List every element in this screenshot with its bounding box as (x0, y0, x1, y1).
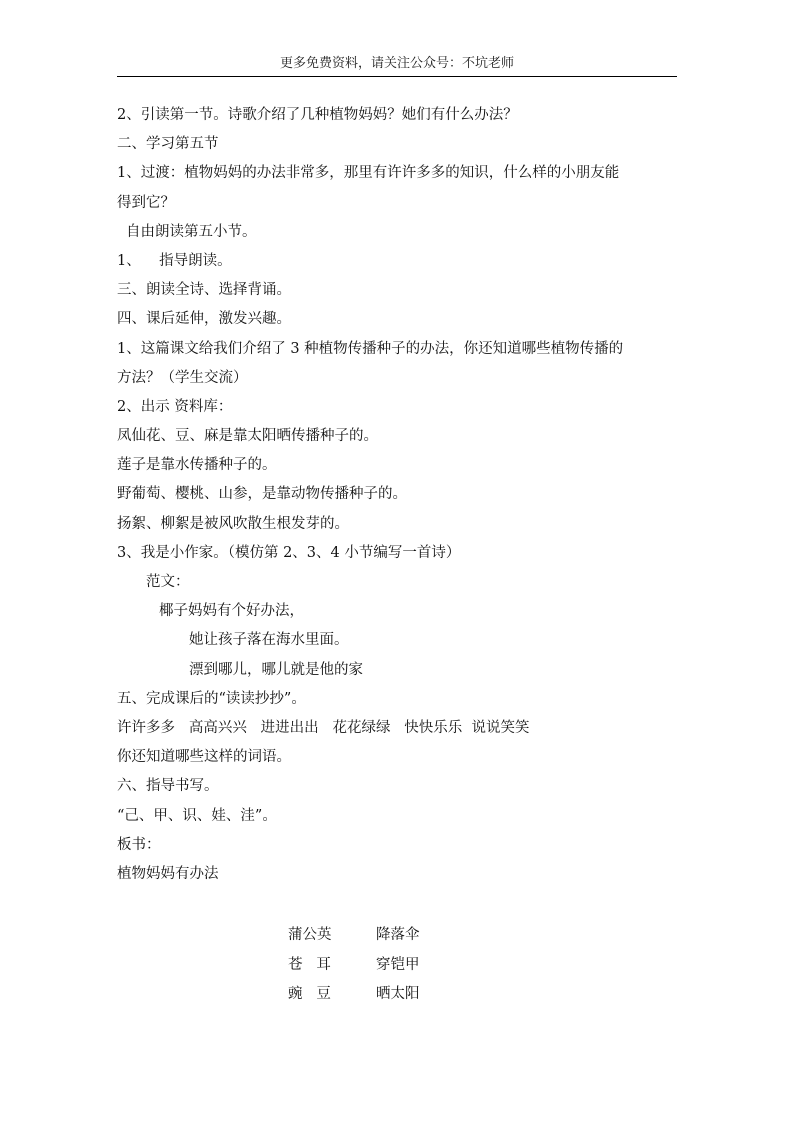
body-line: 1、这篇课文给我们介绍了 3 种植物传播种子的办法，你还知道哪些植物传播的 (117, 335, 682, 364)
resource-line: 野葡萄、樱桃、山参，是靠动物传播种子的。 (117, 480, 682, 509)
word-list: 许许多多 高高兴兴 进进出出 花花绿绿 快快乐乐 说说笑笑 (117, 714, 682, 743)
resource-line: 扬絮、柳絮是被风吹散生根发芽的。 (117, 510, 682, 539)
body-line: 得到它？ (117, 189, 682, 218)
body-line: 1、过渡：植物妈妈的办法非常多，那里有许许多多的知识，什么样的小朋友能 (117, 159, 682, 188)
header-divider (117, 76, 677, 77)
section-heading: 六、指导书写。 (117, 772, 682, 801)
board-title: 植物妈妈有办法 (117, 860, 682, 889)
board-row: 苍 耳 穿铠甲 (288, 951, 420, 981)
board-method: 晒太阳 (376, 980, 420, 1010)
blackboard-summary: 蒲公英 降落伞 苍 耳 穿铠甲 豌 豆 晒太阳 (288, 921, 420, 1010)
board-plant: 苍 耳 (288, 951, 376, 981)
board-plant: 豌 豆 (288, 980, 376, 1010)
sample-label: 范文： (117, 568, 682, 597)
body-line: 自由朗读第五小节。 (117, 218, 682, 247)
page-header: 更多免费资料，请关注公众号：不坑老师 (117, 55, 677, 73)
poem-line: 椰子妈妈有个好办法， (117, 597, 682, 626)
board-plant: 蒲公英 (288, 921, 376, 951)
poem-line: 她让孩子落在海水里面。 (117, 626, 682, 655)
section-heading: 三、朗读全诗、选择背诵。 (117, 276, 682, 305)
board-row: 蒲公英 降落伞 (288, 921, 420, 951)
board-label: 板书： (117, 831, 682, 860)
body-line: 1、 指导朗读。 (117, 247, 682, 276)
document-body: 2、引读第一节。诗歌介绍了几种植物妈妈？她们有什么办法？ 二、学习第五节 1、过… (117, 101, 682, 889)
poem-line: 漂到哪儿，哪儿就是他的家 (117, 656, 682, 685)
resource-line: 凤仙花、豆、麻是靠太阳晒传播种子的。 (117, 422, 682, 451)
character-list: “己、甲、识、娃、洼”。 (117, 802, 682, 831)
board-method: 穿铠甲 (376, 951, 420, 981)
body-line: 你还知道哪些这样的词语。 (117, 743, 682, 772)
body-line: 方法？（学生交流） (117, 364, 682, 393)
section-heading: 二、学习第五节 (117, 130, 682, 159)
resource-line: 莲子是靠水传播种子的。 (117, 451, 682, 480)
section-heading: 四、课后延伸，激发兴趣。 (117, 305, 682, 334)
body-line: 2、引读第一节。诗歌介绍了几种植物妈妈？她们有什么办法？ (117, 101, 682, 130)
board-row: 豌 豆 晒太阳 (288, 980, 420, 1010)
section-heading: 五、完成课后的“读读抄抄”。 (117, 685, 682, 714)
body-line: 3、我是小作家。（模仿第 2、3、4 小节编写一首诗） (117, 539, 682, 568)
board-method: 降落伞 (376, 921, 420, 951)
body-line: 2、出示 资料库： (117, 393, 682, 422)
